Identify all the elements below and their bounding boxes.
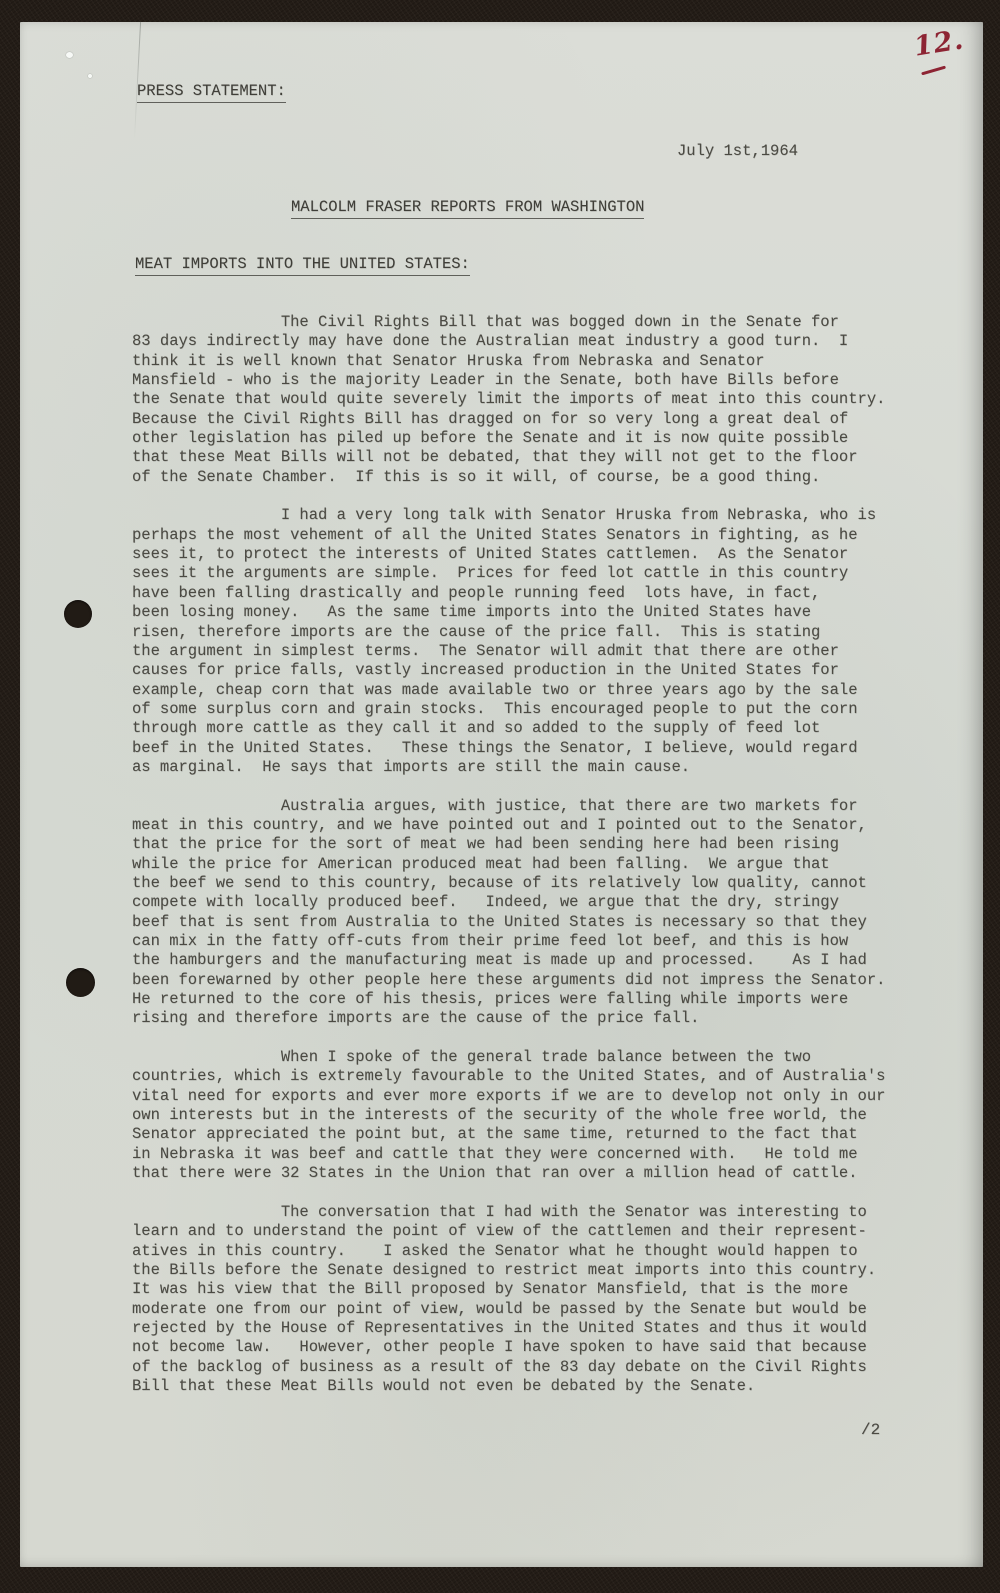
typed-line: been forewarned by other people here the… (132, 971, 885, 990)
report-title-text: MALCOLM FRASER REPORTS FROM WASHINGTON (291, 198, 644, 219)
typed-line: in Nebraska it was beef and cattle that … (132, 1145, 885, 1164)
document-date: July 1st,1964 (677, 142, 798, 161)
report-subtitle: MEAT IMPORTS INTO THE UNITED STATES: (135, 255, 470, 276)
typed-line: Mansfield - who is the majority Leader i… (132, 371, 885, 390)
typed-line: When I spoke of the general trade balanc… (132, 1048, 885, 1067)
typed-line: the Senate that would quite severely lim… (132, 390, 885, 409)
typed-line: rising and therefore imports are the cau… (132, 1009, 885, 1028)
paper-crease (134, 22, 141, 140)
typed-line: 83 days indirectly may have done the Aus… (132, 332, 885, 351)
typed-line: not become law. However, other people I … (132, 1338, 885, 1357)
typed-line: Bill that these Meat Bills would not eve… (132, 1377, 885, 1396)
typed-line: the beef we send to this country, becaus… (132, 874, 885, 893)
typed-line: sees it, to protect the interests of Uni… (132, 545, 885, 564)
typed-line: Senator appreciated the point but, at th… (132, 1125, 885, 1144)
typed-line: vital need for exports and ever more exp… (132, 1087, 885, 1106)
typed-line: beef that is sent from Australia to the … (132, 913, 885, 932)
typed-line: beef in the United States. These things … (132, 739, 885, 758)
typed-line: of some surplus corn and grain stocks. T… (132, 700, 885, 719)
typed-line: the argument in simplest terms. The Sena… (132, 642, 885, 661)
typed-line: perhaps the most vehement of all the Uni… (132, 526, 885, 545)
typed-line: of the Senate Chamber. If this is so it … (132, 468, 885, 487)
paragraph: The conversation that I had with the Sen… (132, 1203, 885, 1396)
paragraph: When I spoke of the general trade balanc… (132, 1048, 885, 1183)
typed-line: own interests but in the interests of th… (132, 1106, 885, 1125)
hole-punch-top (64, 600, 92, 628)
paragraph: Australia argues, with justice, that the… (132, 797, 885, 1029)
typed-line: have been falling drastically and people… (132, 584, 885, 603)
page-background: { "colors": { "background": "#241d17", "… (0, 0, 1000, 1593)
typed-line: the hamburgers and the manufacturing mea… (132, 951, 885, 970)
handwritten-underline-stroke (921, 66, 946, 75)
report-title: MALCOLM FRASER REPORTS FROM WASHINGTON (291, 198, 644, 219)
typed-line: the Bills before the Senate designed to … (132, 1261, 885, 1280)
handwritten-page-number: 12. (912, 24, 966, 62)
typed-line: I had a very long talk with Senator Hrus… (132, 506, 885, 525)
paragraph: The Civil Rights Bill that was bogged do… (132, 313, 885, 487)
typed-line: as marginal. He says that imports are st… (132, 758, 885, 777)
typed-line: The Civil Rights Bill that was bogged do… (132, 313, 885, 332)
typed-line: It was his view that the Bill proposed b… (132, 1280, 885, 1299)
typed-line: that these Meat Bills will not be debate… (132, 448, 885, 467)
typed-line: Because the Civil Rights Bill has dragge… (132, 410, 885, 429)
typed-line: countries, which is extremely favourable… (132, 1067, 885, 1086)
paragraph: I had a very long talk with Senator Hrus… (132, 506, 885, 777)
paper-speck (88, 74, 92, 78)
typed-line: rejected by the House of Representatives… (132, 1319, 885, 1338)
typed-line: that there were 32 States in the Union t… (132, 1164, 885, 1183)
typed-line: example, cheap corn that was made availa… (132, 681, 885, 700)
typed-line: risen, therefore imports are the cause o… (132, 623, 885, 642)
typed-line: of the backlog of business as a result o… (132, 1358, 885, 1377)
page-footer-number: /2 (861, 1421, 880, 1440)
typed-line: moderate one from our point of view, wou… (132, 1300, 885, 1319)
typed-line: been losing money. As the same time impo… (132, 603, 885, 622)
press-statement-label-text: PRESS STATEMENT: (137, 82, 286, 103)
hole-punch-bottom (66, 968, 95, 997)
typed-line: causes for price falls, vastly increased… (132, 661, 885, 680)
document-paper: 12. PRESS STATEMENT: July 1st,1964 MALCO… (20, 22, 983, 1567)
typed-line: other legislation has piled up before th… (132, 429, 885, 448)
paper-speck (66, 52, 73, 58)
typed-line: The conversation that I had with the Sen… (132, 1203, 885, 1222)
typed-line: can mix in the fatty off-cuts from their… (132, 932, 885, 951)
typed-line: meat in this country, and we have pointe… (132, 816, 885, 835)
typed-line: Australia argues, with justice, that the… (132, 797, 885, 816)
typed-line: He returned to the core of his thesis, p… (132, 990, 885, 1009)
typed-line: sees it the arguments are simple. Prices… (132, 564, 885, 583)
typed-line: think it is well known that Senator Hrus… (132, 352, 885, 371)
typed-line: while the price for American produced me… (132, 855, 885, 874)
typed-line: atives in this country. I asked the Sena… (132, 1242, 885, 1261)
typed-body: The Civil Rights Bill that was bogged do… (132, 313, 885, 1416)
typed-line: learn and to understand the point of vie… (132, 1222, 885, 1241)
press-statement-label: PRESS STATEMENT: (137, 82, 286, 103)
typed-line: compete with locally produced beef. Inde… (132, 893, 885, 912)
report-subtitle-text: MEAT IMPORTS INTO THE UNITED STATES: (135, 255, 470, 276)
typed-line: that the price for the sort of meat we h… (132, 835, 885, 854)
typed-line: through more cattle as they call it and … (132, 719, 885, 738)
